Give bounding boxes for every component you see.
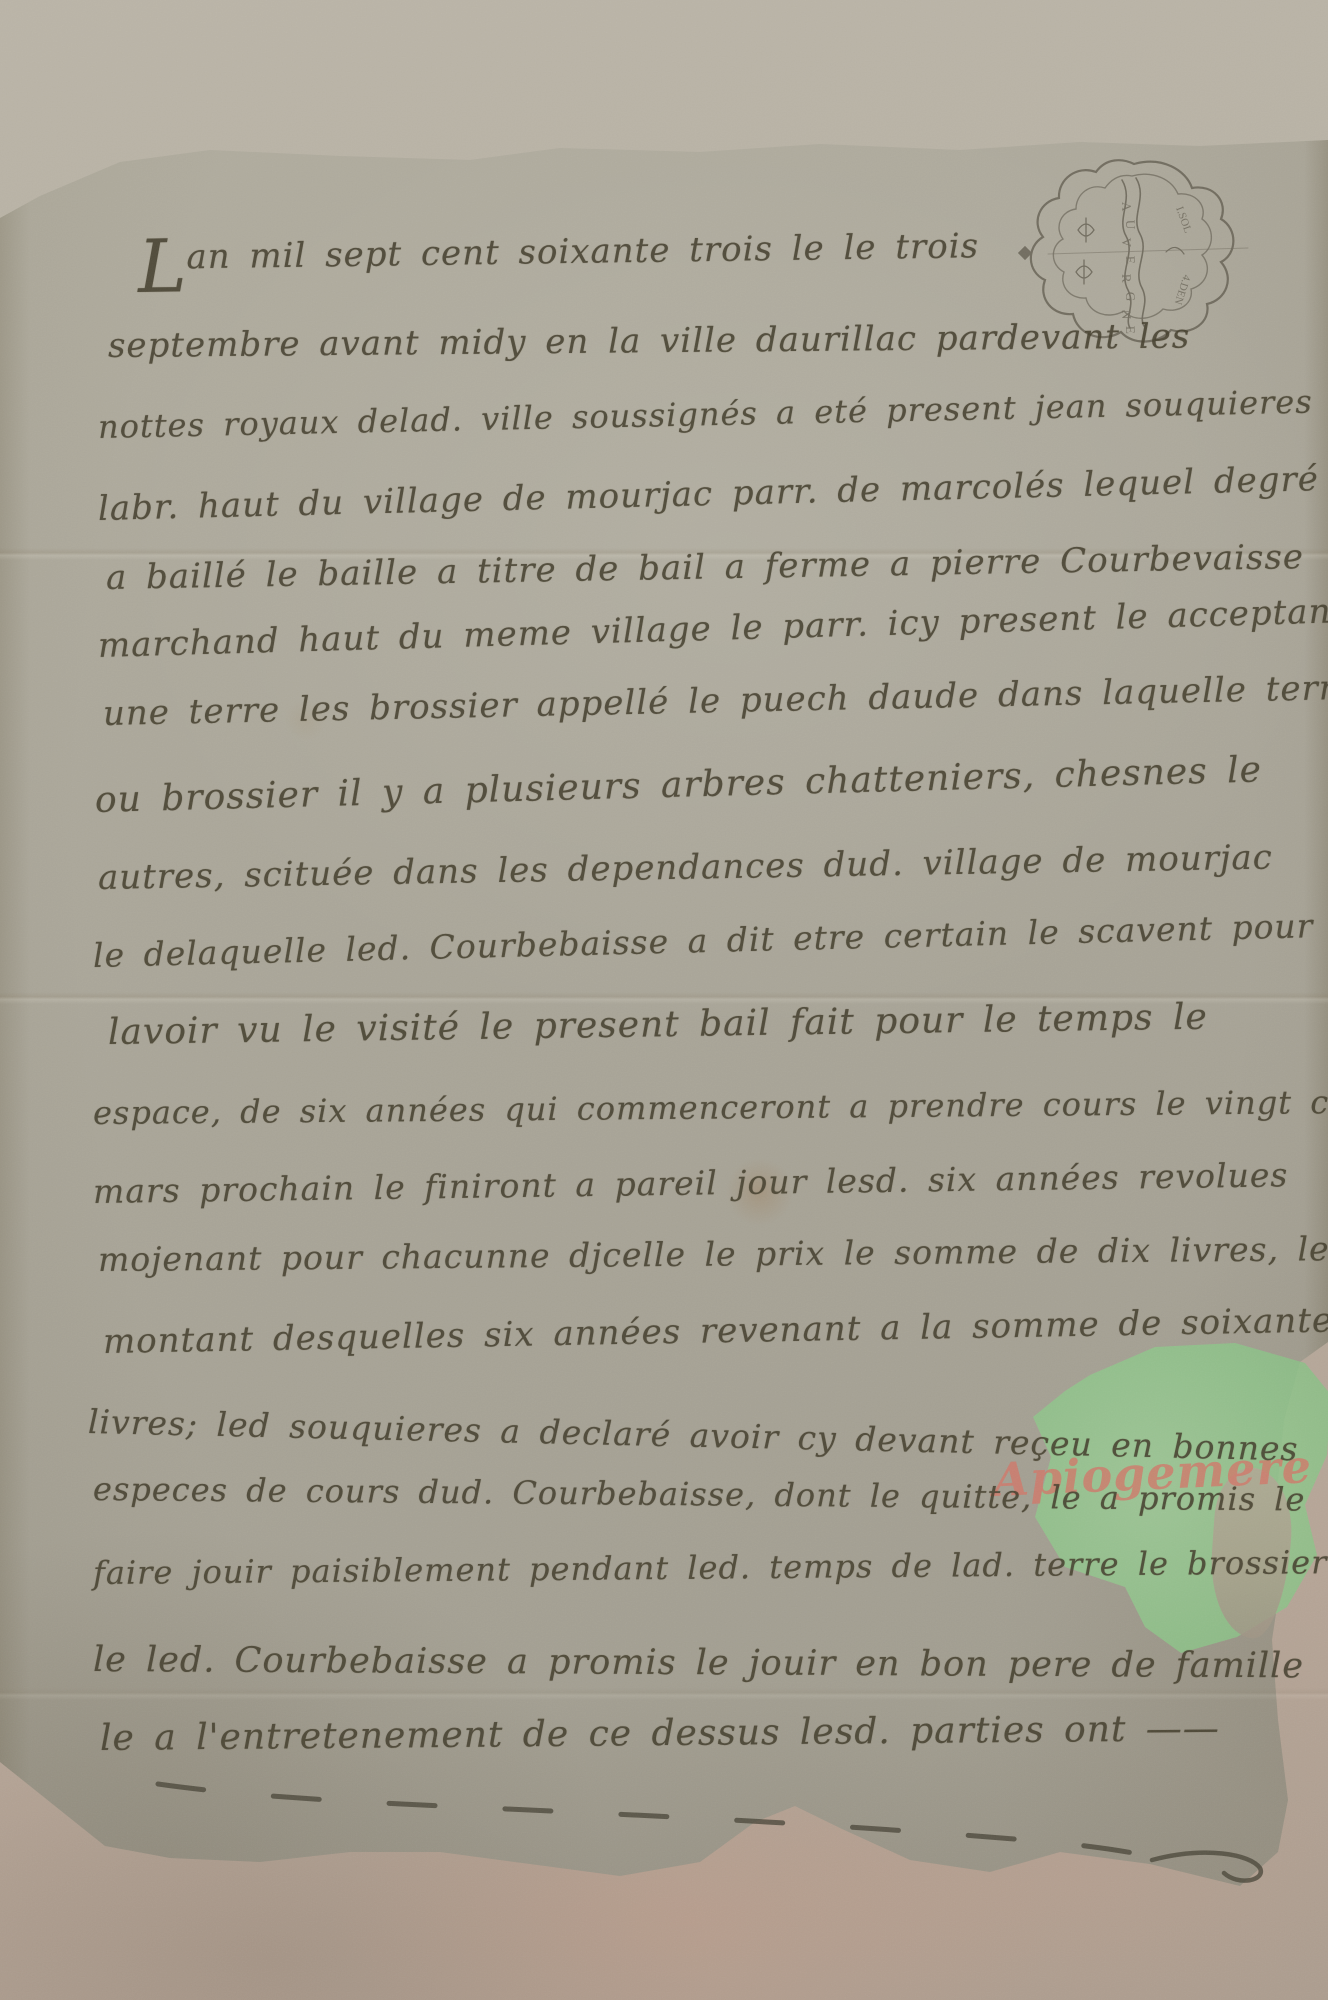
svg-text:G: G <box>1123 292 1138 302</box>
svg-text:R: R <box>1119 274 1134 284</box>
svg-text:A: A <box>1119 202 1134 213</box>
document-photo: A U V E R G N E I.SOL 4.DEN Apiogemere L… <box>0 0 1328 2000</box>
svg-text:V: V <box>1119 238 1134 249</box>
svg-text:U: U <box>1123 220 1138 231</box>
manuscript-line: Lan mil sept cent soixante trois le le t… <box>138 226 980 293</box>
svg-text:E: E <box>1123 256 1138 265</box>
closing-dash-line <box>150 1770 1290 1890</box>
stamp-value-top-text: I.SOL <box>1173 205 1194 235</box>
manuscript-line: le led. Courbebaisse a promis le jouir e… <box>93 1640 1304 1686</box>
